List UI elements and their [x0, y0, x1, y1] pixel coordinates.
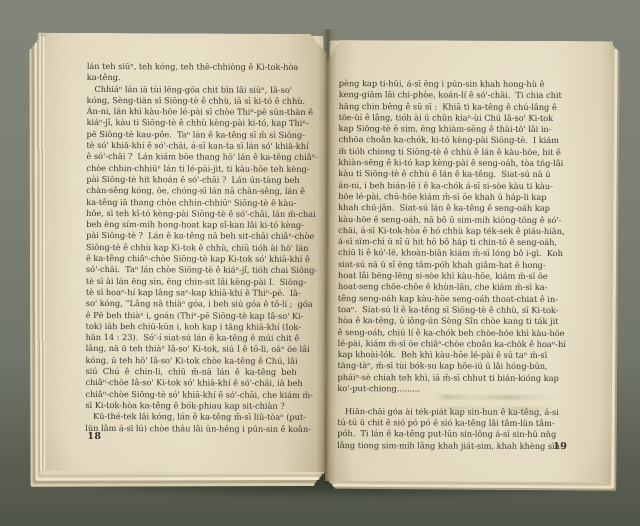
text-line: khah chū-jân. Siat-sú lán ê ka-têng ê se…	[338, 202, 582, 214]
text-line: Chhiáⁿ lán iā tùi lēng-gōa chit bīn lâi …	[87, 84, 327, 96]
text-line: ê seng-oáh, chiū lí ê ka-chók beh chòe-h…	[338, 327, 582, 339]
sheet-edge-lines	[37, 33, 45, 471]
show-through-smudge	[435, 392, 565, 419]
text-line: lán teh siūⁿ, teh kóng, teh thê-chhiòng …	[87, 61, 327, 73]
text-line: hòa ê ka-têng, ū iông-ún Sèng Sîn chòe k…	[338, 315, 582, 327]
text-line: Kū-thé-tek lâi kóng, lán ê ka-têng m̄-sī…	[85, 411, 327, 423]
text-line: chhōa choân ka-chók, ki-tó kèng-pài Siōn…	[338, 135, 582, 147]
text-line: ê só'-chāi ? Lán kiám bōe thang hō' lán …	[86, 151, 327, 163]
left-page-number: 18	[87, 431, 101, 442]
text-line: so' kóng, “Lâng nā thiàⁿ góa, i beh siú …	[86, 298, 327, 310]
text-line: ka-têng iā thang chòe chhin-chhiūⁿ Siōng…	[86, 197, 327, 209]
right-page-number: 19	[553, 441, 567, 452]
text-line: só'-chāi. Taⁿ lán chòe Siōng-tè ê kiáⁿ-j…	[86, 264, 327, 276]
text-line: hāng chin bêng ê sū sī : Khiā ti ka-têng…	[339, 101, 583, 113]
text-line: kàu ti Siōng-tè ê chhù ê lán ê ka-têng. …	[338, 168, 582, 180]
text-line: lâng tiong sim-mih lâng khah jiát-sim, k…	[337, 440, 581, 452]
text-line: lâng, nā ū teh thiàⁿ Iâ-so' Ki-tok, siú …	[86, 343, 327, 355]
text-line: chiâⁿ-chòe Siōng-tè só' khiā-khí ê só'-c…	[85, 389, 327, 401]
open-book: lán teh siūⁿ, teh kóng, teh thê-chhiòng …	[37, 28, 615, 487]
text-line: keng-giām lâi chi-phòe, koán-lí ê só'-ch…	[339, 89, 583, 101]
text-line: chiū li ê kó'-lē, khoàn-biān kiám m̄-sī …	[338, 248, 582, 260]
text-line: ê Pē beh thiàⁿ i, goán (Thiⁿ-pē Siōng-tè…	[86, 309, 327, 321]
text-line: hoat-seng chōe-chōe ê khùn-lân, che kiám…	[338, 281, 582, 293]
text-line: tāng-tàⁿ, m̄-sī tùi bók-su kap hōe-iú ū …	[337, 360, 581, 372]
right-page: pèng kap ti-hūi, á-sī ēng i pún-sin khah…	[325, 40, 613, 482]
book-gutter-shadow	[316, 29, 338, 485]
left-page: lán teh siūⁿ, teh kóng, teh thê-chhiòng …	[43, 33, 327, 472]
text-line: kàu-hōe ê seng-oáh, nā bô ū sim-mih kiōn…	[338, 214, 582, 226]
text-line: chiâⁿ-chòe Iâ-so' Ki-tok só' khiā-khí ê …	[85, 377, 327, 389]
text-line: póh. Ti lán ê ka-têng put-lūn sin-lông á…	[337, 428, 581, 440]
text-line: kiáⁿ-jî, kàu ti Siōng-tè ê chhù kèng-pài…	[87, 117, 327, 129]
text-line: tè sī ài lán ēng sìn, ēng chin-sit lâi k…	[86, 276, 327, 288]
text-line: chàn-sêng kóng, ōe, chóng-sī lán nā chàn…	[86, 185, 327, 197]
text-line: têng seng-oáh kap kàu-hōe seng-oáh thoat…	[338, 293, 582, 305]
left-page-text: lán teh siūⁿ, teh kóng, teh thê-chhiòng …	[85, 61, 327, 435]
text-line: lūn lâm á-sī lú) chòe thâu lâi ūn-hêng i…	[85, 422, 327, 434]
text-line: pài Siōng-tè ? Lán ê ka-têng nā beh sit-…	[86, 230, 327, 242]
photo-of-open-book: lán teh siūⁿ, teh kóng, teh thê-chhiòng …	[0, 0, 640, 526]
